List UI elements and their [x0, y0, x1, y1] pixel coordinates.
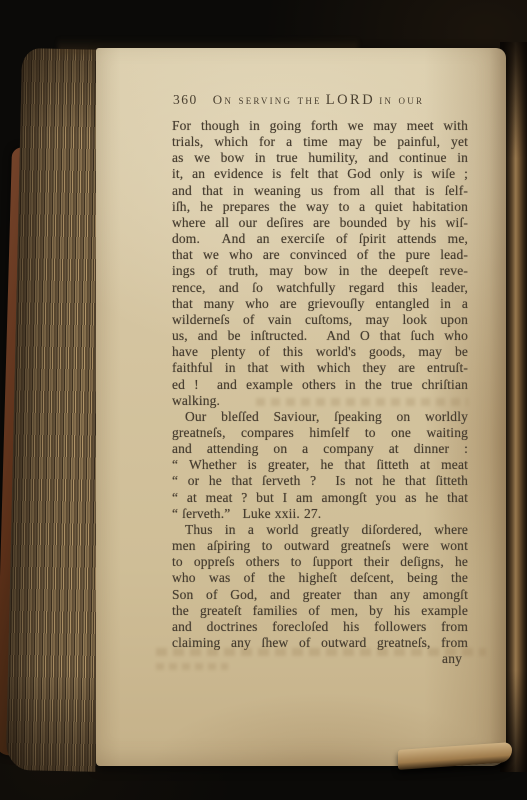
- book-page: 360 On serving the LORD in our For thoug…: [96, 48, 506, 766]
- text-line: For though in going forth we may meet wi…: [172, 118, 468, 134]
- text-line: and doctrines forecloſed his followers f…: [172, 619, 468, 635]
- text-line: that many who are grievouſly entangled i…: [172, 296, 468, 312]
- body-text: For though in going forth we may meet wi…: [172, 118, 468, 667]
- running-head: 360 On serving the LORD in our: [173, 92, 468, 109]
- running-head-title: On serving the LORD in our: [213, 92, 424, 109]
- text-line: us, and be inſtructed. And O that ſuch w…: [172, 328, 468, 344]
- text-line: Thus in a world greatly diſordered, wher…: [172, 522, 468, 538]
- text-line: “ or he that ſerveth ? Is not he that ſi…: [172, 473, 468, 489]
- text-line: and attending on a company at dinner :: [172, 441, 468, 457]
- text-line: dom. And an exerciſe of ſpirit attends m…: [172, 231, 468, 247]
- text-line: it, an evidence is felt that God only is…: [172, 166, 468, 182]
- text-line: where all our deſires are bounded by his…: [172, 215, 468, 231]
- text-line: that we who are convinced of the pure le…: [172, 247, 468, 263]
- text-line: rence, and ſo watchfully regard this lea…: [172, 280, 468, 296]
- text-line: to oppreſs others to ſupport their deſig…: [172, 554, 468, 570]
- text-line: who was of the higheſt deſcent, being th…: [172, 570, 468, 586]
- text-line: have plenty of this world's goods, may b…: [172, 344, 468, 360]
- text-line: “ Whether is greater, he that ſitteth at…: [172, 457, 468, 473]
- text-line: Son of God, and greater than any amongſt: [172, 587, 468, 603]
- text-line: greatneſs, compares himſelf to one waiti…: [172, 425, 468, 441]
- running-head-post: in our: [379, 92, 424, 107]
- text-line: trials, which for a time may be painful,…: [172, 134, 468, 150]
- text-line: Our bleſſed Saviour, ſpeaking on worldly: [172, 409, 468, 425]
- verso-show-through: [256, 398, 468, 406]
- running-head-pre: On serving the: [213, 92, 322, 107]
- text-line: the greateſt families of men, by his exa…: [172, 603, 468, 619]
- text-line: “ at meat ? but I am amongſt you as he t…: [172, 490, 468, 506]
- page-number: 360: [173, 92, 198, 108]
- text-line: faithful in that with which they are ent…: [172, 360, 468, 376]
- verso-show-through: [156, 648, 486, 656]
- text-line: and that in weaning us from all that is …: [172, 183, 468, 199]
- text-line: ings of truth, may bow in the deepeſt re…: [172, 263, 468, 279]
- text-line: ed ! and example others in the true chri…: [172, 377, 468, 393]
- verso-show-through: [156, 663, 228, 670]
- book-photo: 360 On serving the LORD in our For thoug…: [0, 0, 527, 800]
- text-line: “ ſerveth.” Luke xxii. 27.: [172, 506, 468, 522]
- text-line: iſh, he prepares the way to a quiet habi…: [172, 199, 468, 215]
- text-line: men aſpiring to outward greatneſs were w…: [172, 538, 468, 554]
- printed-text-block: 360 On serving the LORD in our For thoug…: [172, 92, 468, 667]
- running-head-emphasis: LORD: [326, 92, 375, 108]
- text-line: as we bow in true humility, and continue…: [172, 150, 468, 166]
- text-line: wilderneſs of vain cuſtoms, may look upo…: [172, 312, 468, 328]
